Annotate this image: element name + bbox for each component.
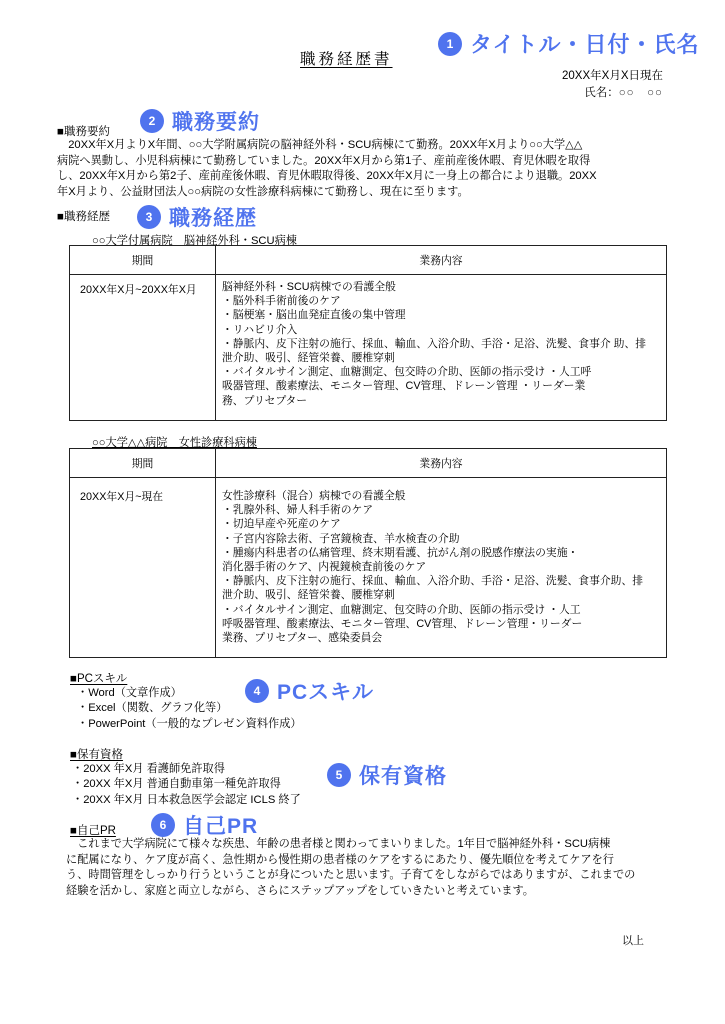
number-badge-icon: 5 xyxy=(327,763,351,787)
list-item: ・Word（文章作成） xyxy=(77,686,302,701)
summary-line: 年X月より、公益財団法人○○病院の女性診療科病棟にて勤務し、現在に至ります。 xyxy=(57,185,657,201)
career-table-2: 期間 業務内容 20XX年X月~現在 女性診療科（混合）病棟での看護全般 ・乳腺… xyxy=(69,448,667,658)
closing-mark: 以上 xyxy=(622,932,644,948)
pc-skills-heading: ■PCスキル xyxy=(70,670,127,686)
number-badge-icon: 2 xyxy=(140,109,164,133)
summary-body: 20XX年X月よりX年間、○○大学附属病院の脳神経外科・SCU病棟にて勤務。20… xyxy=(57,138,657,200)
qualifications-heading: ■保有資格 xyxy=(70,746,123,762)
self-pr-line: に配属になり、ケア度が高く、急性期から慢性期の患者様のケアをするにあたり、優先順… xyxy=(66,853,686,869)
annotation-label: タイトル・日付・氏名 xyxy=(470,28,700,59)
number-badge-icon: 3 xyxy=(137,205,161,229)
name-label: 氏名： xyxy=(584,87,619,99)
document-title: 職務経歴書 xyxy=(300,47,393,69)
column-header-duties: 業務内容 xyxy=(216,246,667,275)
period-cell: 20XX年X月~20XX年X月 xyxy=(70,275,216,421)
self-pr-heading: ■自己PR xyxy=(70,822,116,838)
duties-cell: 女性診療科（混合）病棟での看護全般 ・乳腺外科、婦人科手術のケア ・切迫早産や死… xyxy=(216,478,667,658)
name-value: ○○ ○○ xyxy=(619,87,663,99)
annotation-label: 保有資格 xyxy=(359,760,447,790)
list-item: ・20XX 年X月 看護師免許取得 xyxy=(72,762,301,777)
table-row: 20XX年X月~20XX年X月 脳神経外科・SCU病棟での看護全般 ・脳外科手術… xyxy=(70,275,667,421)
column-header-period: 期間 xyxy=(70,246,216,275)
annotation-label: 職務要約 xyxy=(172,106,260,136)
list-item: ・PowerPoint（一般的なプレゼン資料作成） xyxy=(77,717,302,732)
applicant-name: 氏名：○○ ○○ xyxy=(584,84,663,100)
column-header-period: 期間 xyxy=(70,449,216,478)
self-pr-body: これまで大学病院にて様々な疾患、年齢の患者様と関わってまいりました。1年目で脳神… xyxy=(66,837,686,899)
career-heading: ■職務経歴 xyxy=(57,208,110,224)
list-item: ・20XX 年X月 日本救急医学会認定 ICLS 終了 xyxy=(72,793,301,808)
self-pr-line: う、時間管理をしっかり行うということが身についたと思います。子育てをしながらでは… xyxy=(66,868,686,884)
career-table-1: 期間 業務内容 20XX年X月~20XX年X月 脳神経外科・SCU病棟での看護全… xyxy=(69,245,667,421)
annotation-label: 自己PR xyxy=(183,810,258,840)
list-item: ・20XX 年X月 普通自動車第一種免許取得 xyxy=(72,777,301,792)
self-pr-line: これまで大学病院にて様々な疾患、年齢の患者様と関わってまいりました。1年目で脳神… xyxy=(66,837,686,853)
annotation-title-date-name: 1 タイトル・日付・氏名 xyxy=(438,28,700,59)
annotation-qualifications: 5 保有資格 xyxy=(327,760,447,790)
pc-skills-list: ・Word（文章作成） ・Excel（関数、グラフ化等） ・PowerPoint… xyxy=(77,686,302,732)
document-date: 20XX年X月X日現在 xyxy=(562,67,663,83)
annotation-self-pr: 6 自己PR xyxy=(151,810,258,840)
summary-line: し、20XX年X月から第2子、産前産後休暇、育児休暇取得後、20XX年X月に一身… xyxy=(57,169,657,185)
number-badge-icon: 6 xyxy=(151,813,175,837)
duties-cell: 脳神経外科・SCU病棟での看護全般 ・脳外科手術前後のケア ・脳梗塞・脳出血発症… xyxy=(216,275,667,421)
list-item: ・Excel（関数、グラフ化等） xyxy=(77,701,302,716)
column-header-duties: 業務内容 xyxy=(216,449,667,478)
number-badge-icon: 1 xyxy=(438,32,462,56)
annotation-label: 職務経歴 xyxy=(169,202,257,232)
summary-line: 病院へ異動し、小児科病棟にて勤務していました。20XX年X月から第1子、産前産後… xyxy=(57,154,657,170)
period-cell: 20XX年X月~現在 xyxy=(70,478,216,658)
annotation-summary: 2 職務要約 xyxy=(140,106,260,136)
self-pr-line: 経験を活かし、家庭と両立しながら、さらにステップアップをしていきたいと考えていま… xyxy=(66,884,686,900)
annotation-career: 3 職務経歴 xyxy=(137,202,257,232)
summary-heading: ■職務要約 xyxy=(57,123,110,139)
table-row: 20XX年X月~現在 女性診療科（混合）病棟での看護全般 ・乳腺外科、婦人科手術… xyxy=(70,478,667,658)
qualifications-list: ・20XX 年X月 看護師免許取得 ・20XX 年X月 普通自動車第一種免許取得… xyxy=(72,762,301,808)
summary-line: 20XX年X月よりX年間、○○大学附属病院の脳神経外科・SCU病棟にて勤務。20… xyxy=(57,138,657,154)
